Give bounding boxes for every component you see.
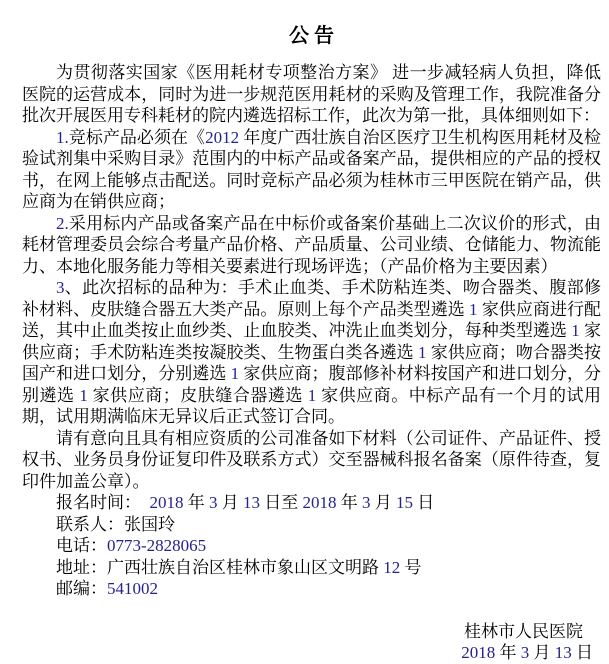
paragraph: 为贯彻落实国家《医用耗材专项整治方案》 进一步减轻病人负担，降低医院的运营成本，… (22, 62, 601, 127)
text-run: 月 (529, 643, 555, 662)
paragraph: 报名时间： 2018 年 3 月 13 日至 2018 年 3 月 15 日 (22, 492, 601, 514)
numeral-text: 13 (243, 493, 260, 512)
paragraph: 联系人：张国玲 (22, 514, 601, 536)
text-run: 月 (371, 493, 397, 512)
text-run: 年 (495, 643, 521, 662)
text-run: 号 (400, 558, 421, 577)
text-run: 报名时间： (56, 493, 150, 512)
paragraph: 电话：0773-2828065 (22, 535, 601, 557)
numeral-text: 3 (56, 278, 65, 297)
numeral-text: 12 (383, 558, 400, 577)
numeral-text: 2018 (461, 643, 495, 662)
text-run: 竞标产品必须在《 (69, 128, 205, 147)
numeral-text: 13 (555, 643, 572, 662)
paragraph: 3、此次招标的品种为：手术止血类、手术防粘连类、吻合器类、腹部修补材料、皮肤缝合… (22, 277, 601, 428)
text-run: 日至 (260, 493, 303, 512)
numeral-text: 3 (209, 493, 218, 512)
document-title: 公 告 (22, 24, 601, 48)
numeral-text: 1 (469, 300, 478, 319)
paragraph: 请有意向且具有相应资质的公司准备如下材料（公司证件、产品证件、授权书、业务员身份… (22, 428, 601, 493)
numeral-text: 1 (571, 321, 580, 340)
numeral-text: 2018 (303, 493, 337, 512)
numeral-text: 0773-2828065 (107, 536, 206, 555)
text-run: 家供应商；皮肤缝合器遴选 (88, 386, 308, 405)
numeral-text: 1 (79, 386, 88, 405)
numeral-text: 3 (521, 643, 530, 662)
text-run: 电话： (56, 536, 107, 555)
numeral-text: 15 (396, 493, 413, 512)
numeral-text: 2. (56, 214, 69, 233)
paragraph: 地址：广西壮族自治区桂林市象山区文明路 12 号 (22, 557, 601, 579)
text-run: 为贯彻落实国家《医用耗材专项整治方案》 进一步减轻病人负担，降低医院的运营成本，… (22, 63, 601, 125)
text-run: 邮编： (56, 579, 107, 598)
numeral-text: 1. (56, 128, 69, 147)
signature-block: 桂林市人民医院 2018 年 3 月 13 日 (22, 621, 601, 664)
text-run: 桂林市人民医院 (464, 622, 583, 641)
signature-date: 2018 年 3 月 13 日 (22, 642, 601, 664)
text-run: 采用标内产品或备案产品在中标价或备案价基础上二次议价的形式，由耗材管理委员会综合… (22, 214, 601, 276)
text-run: 联系人：张国玲 (56, 515, 175, 534)
announcement-document: 公 告 为贯彻落实国家《医用耗材专项整治方案》 进一步减轻病人负担，降低医院的运… (0, 0, 609, 664)
text-run: 年 (184, 493, 210, 512)
text-run: 日 (413, 493, 434, 512)
numeral-text: 541002 (107, 579, 158, 598)
numeral-text: 3 (362, 493, 371, 512)
signature-organization: 桂林市人民医院 (22, 621, 601, 643)
document-body: 为贯彻落实国家《医用耗材专项整治方案》 进一步减轻病人负担，降低医院的运营成本，… (22, 62, 601, 600)
text-run: 日 (572, 643, 593, 662)
paragraph: 1.竞标产品必须在《2012 年度广西壮族自治区医疗卫生机构医用耗材及检验试剂集… (22, 127, 601, 213)
text-run: 月 (218, 493, 244, 512)
text-run: 地址：广西壮族自治区桂林市象山区文明路 (56, 558, 383, 577)
paragraph: 2.采用标内产品或备案产品在中标价或备案价基础上二次议价的形式，由耗材管理委员会… (22, 213, 601, 278)
numeral-text: 2018 (150, 493, 184, 512)
text-run: 请有意向且具有相应资质的公司准备如下材料（公司证件、产品证件、授权书、业务员身份… (22, 429, 601, 491)
numeral-text: 2012 (205, 128, 239, 147)
numeral-text: 1 (231, 364, 240, 383)
paragraph: 邮编：541002 (22, 578, 601, 600)
text-run: 年 (337, 493, 363, 512)
